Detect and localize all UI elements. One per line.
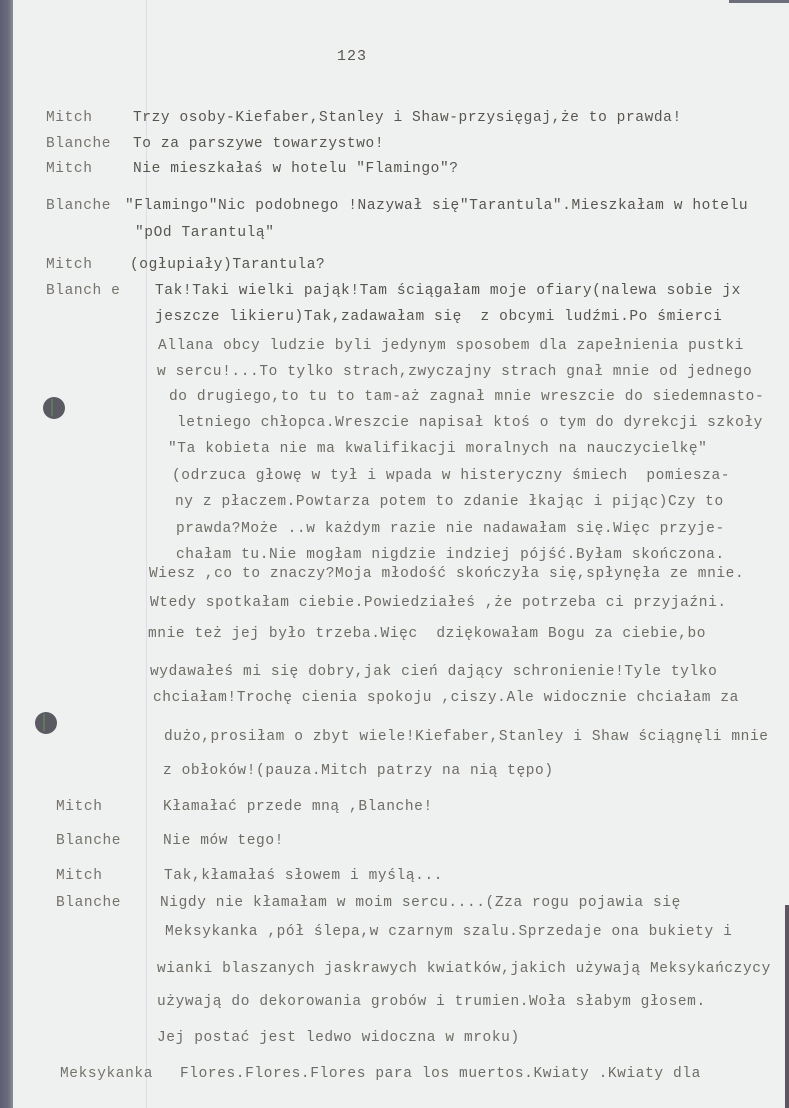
dialogue-line: letniego chłopca.Wreszcie napisał ktoś o… (177, 415, 763, 431)
speaker-name: Blanche (56, 833, 121, 849)
dialogue-line: w sercu!...To tylko strach,zwyczajny str… (157, 364, 752, 380)
speaker-name: Blanch e (46, 283, 120, 299)
dialogue-line: mnie też jej było trzeba.Więc dziękowała… (148, 626, 706, 642)
scan-right-edge (785, 905, 789, 1108)
dialogue-line: chciałam!Trochę cienia spokoju ,ciszy.Al… (153, 690, 739, 706)
speaker-name: Blanche (46, 136, 111, 152)
dialogue-line: (ogłupiały)Tarantula? (130, 257, 325, 273)
speaker-name: Meksykanka (60, 1066, 153, 1082)
dialogue-line: Nie mów tego! (163, 833, 284, 849)
dialogue-line: "Flamingo"Nic podobnego !Nazywał się"Tar… (125, 198, 748, 214)
speaker-name: Mitch (46, 110, 93, 126)
speaker-name: Blanche (56, 895, 121, 911)
punch-hole (35, 712, 57, 734)
speaker-name: Mitch (56, 799, 103, 815)
dialogue-line: Nie mieszkałaś w hotelu "Flamingo"? (133, 161, 459, 177)
dialogue-line: To za parszywe towarzystwo! (133, 136, 384, 152)
scan-top-edge (729, 0, 789, 3)
dialogue-line: chałam tu.Nie mogłam nigdzie indziej pój… (176, 547, 725, 563)
dialogue-line: "Ta kobieta nie ma kwalifikacji moralnyc… (168, 441, 707, 457)
speaker-name: Mitch (46, 257, 93, 273)
dialogue-line: "pOd Tarantulą" (135, 225, 275, 241)
dialogue-line: wianki blaszanych jaskrawych kwiatków,ja… (157, 961, 771, 977)
scan-left-edge (0, 0, 13, 1108)
page-number: 123 (337, 48, 367, 65)
speaker-name: Mitch (56, 868, 103, 884)
punch-hole (43, 397, 65, 419)
dialogue-line: Meksykanka ,pół ślepa,w czarnym szalu.Sp… (165, 924, 732, 940)
dialogue-line: dużo,prosiłam o zbyt wiele!Kiefaber,Stan… (164, 729, 769, 745)
dialogue-line: Jej postać jest ledwo widoczna w mroku) (157, 1030, 520, 1046)
dialogue-line: Kłamałać przede mną ,Blanche! (163, 799, 433, 815)
dialogue-line: Trzy osoby-Kiefaber,Stanley i Shaw-przys… (133, 110, 682, 126)
dialogue-line: (odrzuca głowę w tył i wpada w histerycz… (172, 468, 730, 484)
dialogue-line: Tak!Taki wielki pająk!Tam ściągałam moje… (155, 283, 741, 299)
dialogue-line: ny z płaczem.Powtarza potem to zdanie łk… (175, 494, 724, 510)
speaker-name: Blanche (46, 198, 111, 214)
dialogue-line: Allana obcy ludzie byli jedynym sposobem… (158, 338, 744, 354)
dialogue-line: Wiesz ,co to znaczy?Moja młodość skończy… (149, 566, 744, 582)
speaker-name: Mitch (46, 161, 93, 177)
dialogue-line: wydawałeś mi się dobry,jak cień dający s… (150, 664, 717, 680)
dialogue-line: jeszcze likieru)Tak,zadawałam się z obcy… (155, 309, 722, 325)
dialogue-line: Nigdy nie kłamałam w moim sercu....(Zza … (160, 895, 681, 911)
dialogue-line: Wtedy spotkałam ciebie.Powiedziałeś ,że … (150, 595, 727, 611)
dialogue-line: używają do dekorowania grobów i trumien.… (157, 994, 706, 1010)
dialogue-line: Flores.Flores.Flores para los muertos.Kw… (180, 1066, 701, 1082)
dialogue-line: Tak,kłamałaś słowem i myślą... (164, 868, 443, 884)
dialogue-line: do drugiego,to tu to tam-aż zagnał mnie … (169, 389, 764, 405)
dialogue-line: prawda?Może ..w każdym razie nie nadawał… (176, 521, 725, 537)
dialogue-line: z obłoków!(pauza.Mitch patrzy na nią tęp… (163, 763, 554, 779)
